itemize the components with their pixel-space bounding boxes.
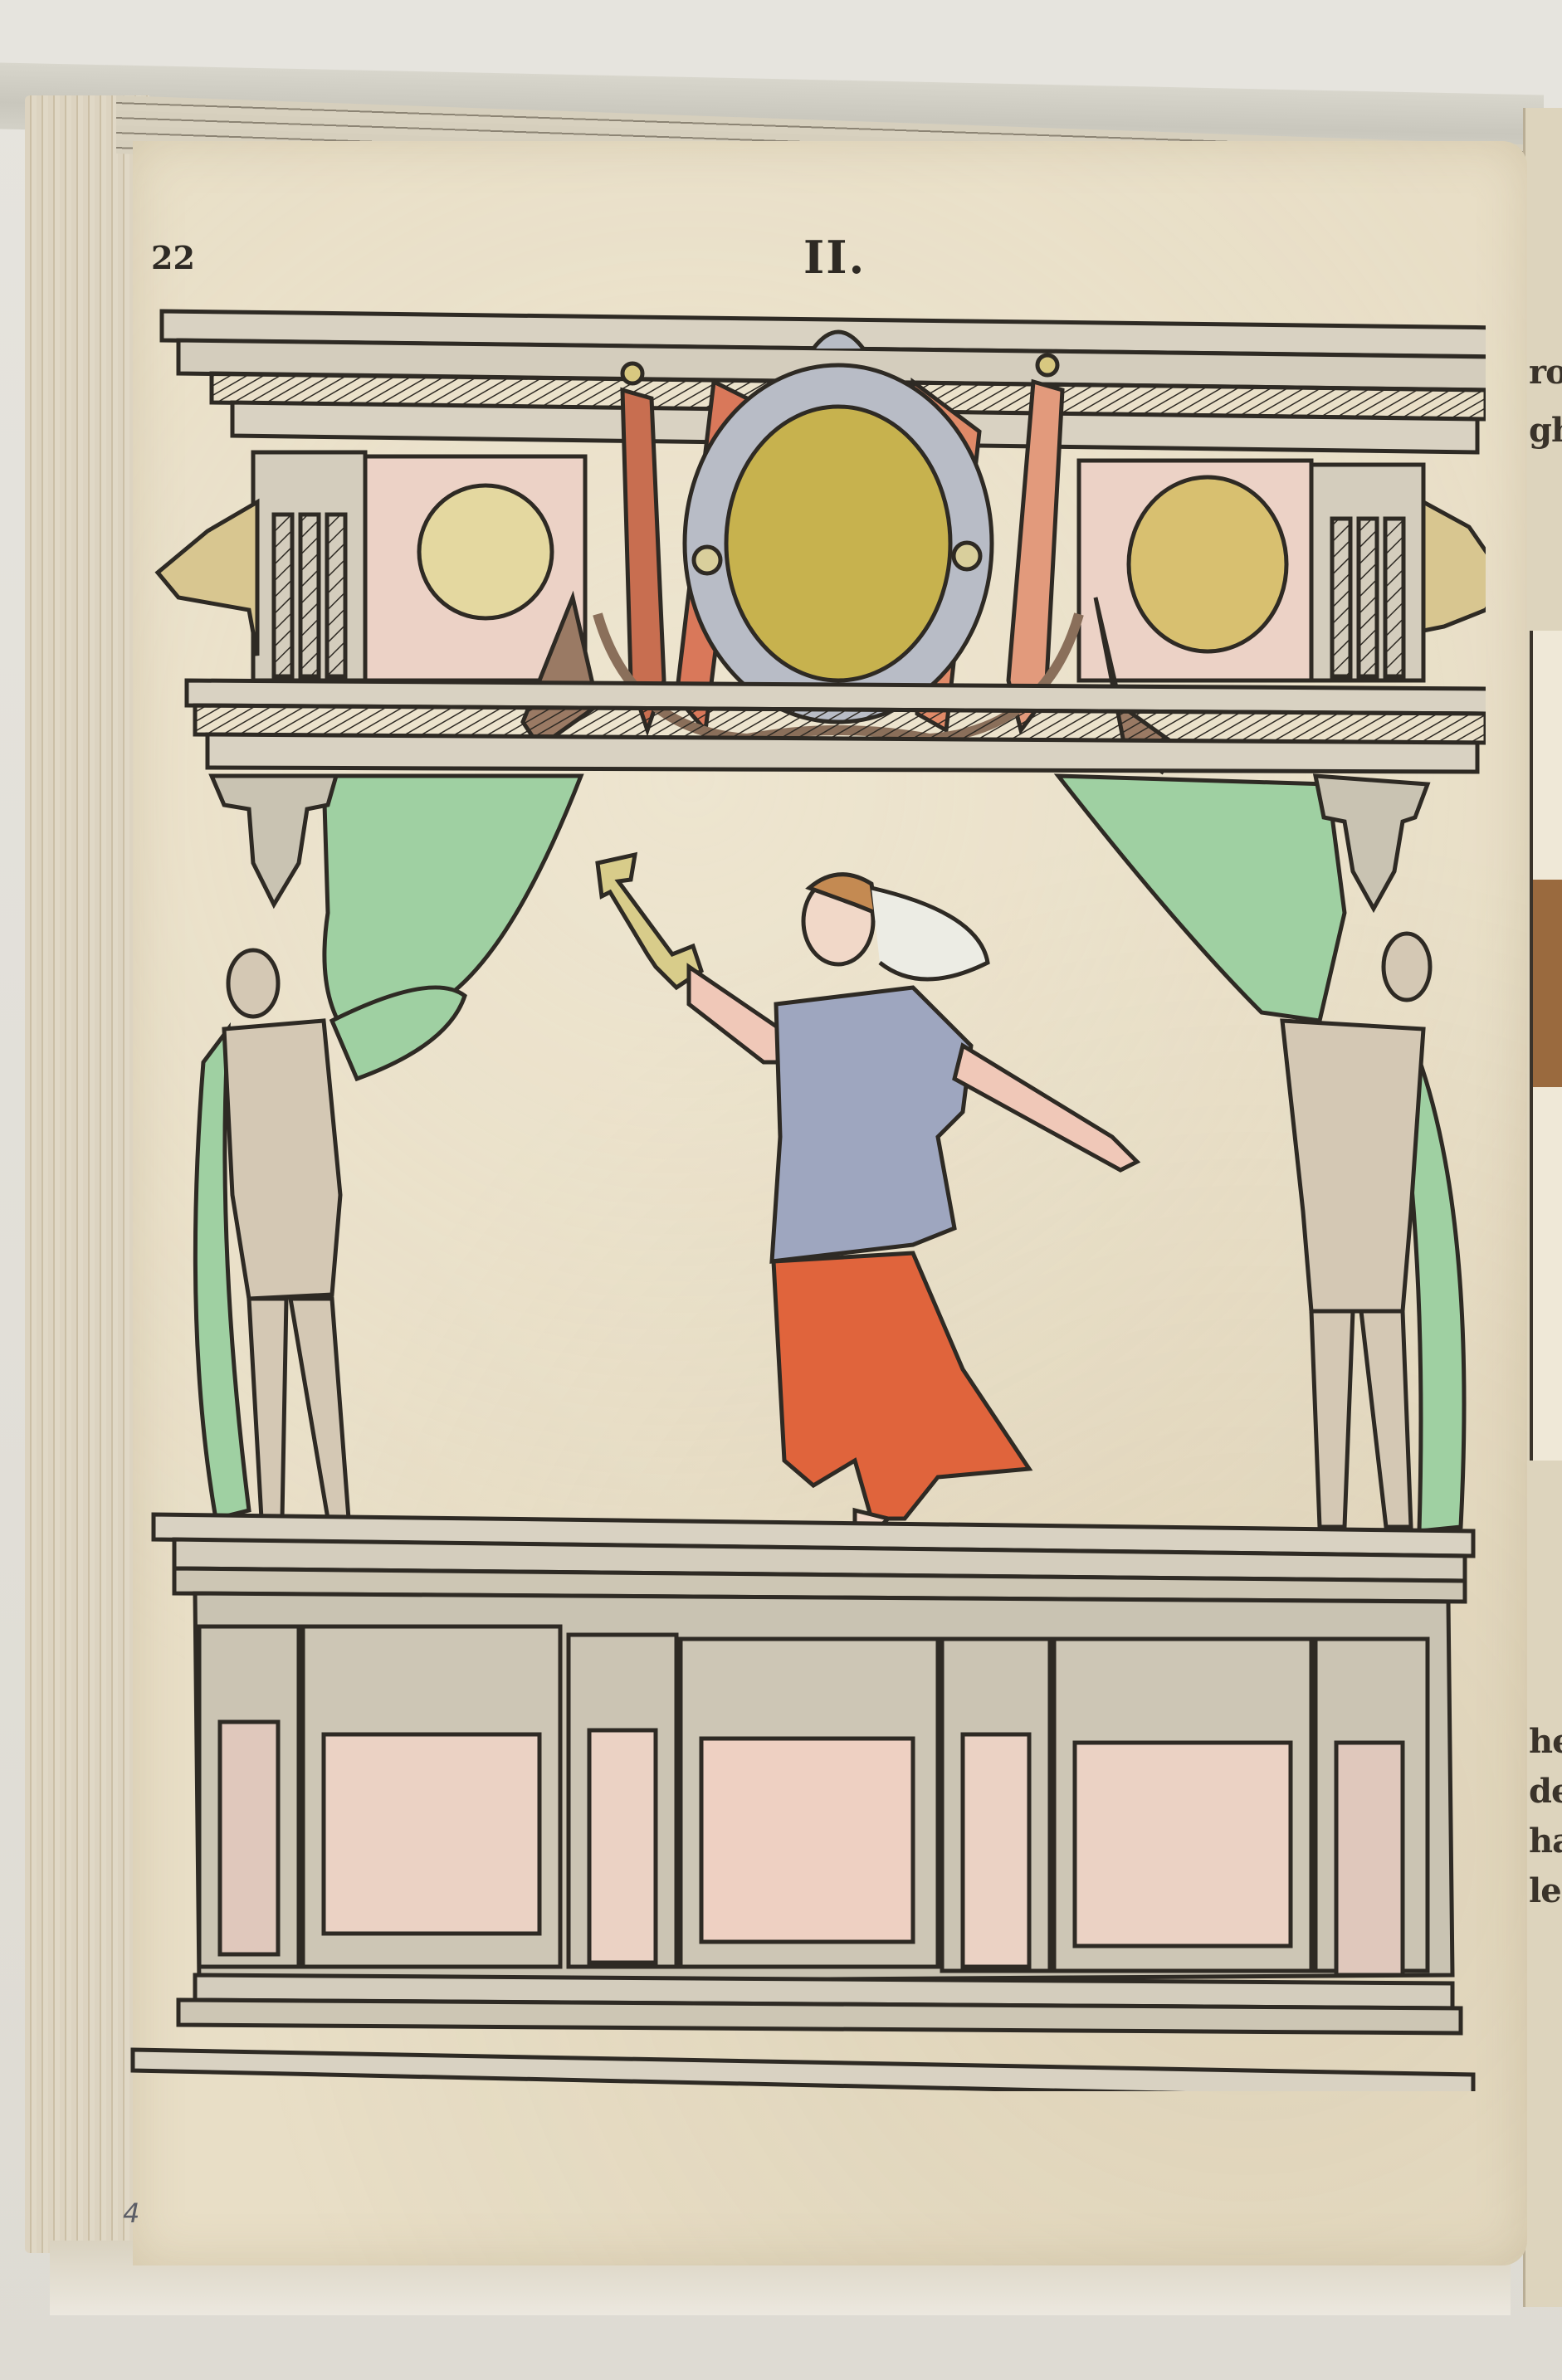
woodcut-illustration [124, 307, 1486, 2091]
facing-text-fragment: ghe [1529, 411, 1562, 450]
pencil-annotation: 4 [123, 2197, 139, 2229]
ox-head-right [1423, 502, 1486, 631]
plate-heading: II. [803, 231, 866, 284]
facing-text-fragment: len [1529, 1871, 1562, 1910]
facing-text-fragment: ha [1529, 1822, 1562, 1861]
page-number: 22 [151, 239, 195, 276]
platform [154, 1514, 1473, 1602]
facing-text-fragment: he [1529, 1722, 1562, 1761]
lion-mask-left [419, 485, 552, 618]
female-figure-with-key [598, 855, 1137, 1527]
facing-text-fragment: rol [1529, 353, 1562, 392]
architrave [187, 680, 1486, 772]
podium [133, 1593, 1473, 2091]
curtain-right [1058, 776, 1345, 1021]
ox-head-left [158, 502, 257, 656]
facing-page-illustration [1530, 631, 1562, 1461]
capital-left [212, 776, 336, 905]
facing-text-fragment: de [1529, 1772, 1562, 1811]
atlas-figure-left [195, 950, 465, 1519]
atlas-figure-right [1282, 934, 1464, 1531]
lion-mask-right [1129, 477, 1286, 651]
key [598, 855, 701, 988]
